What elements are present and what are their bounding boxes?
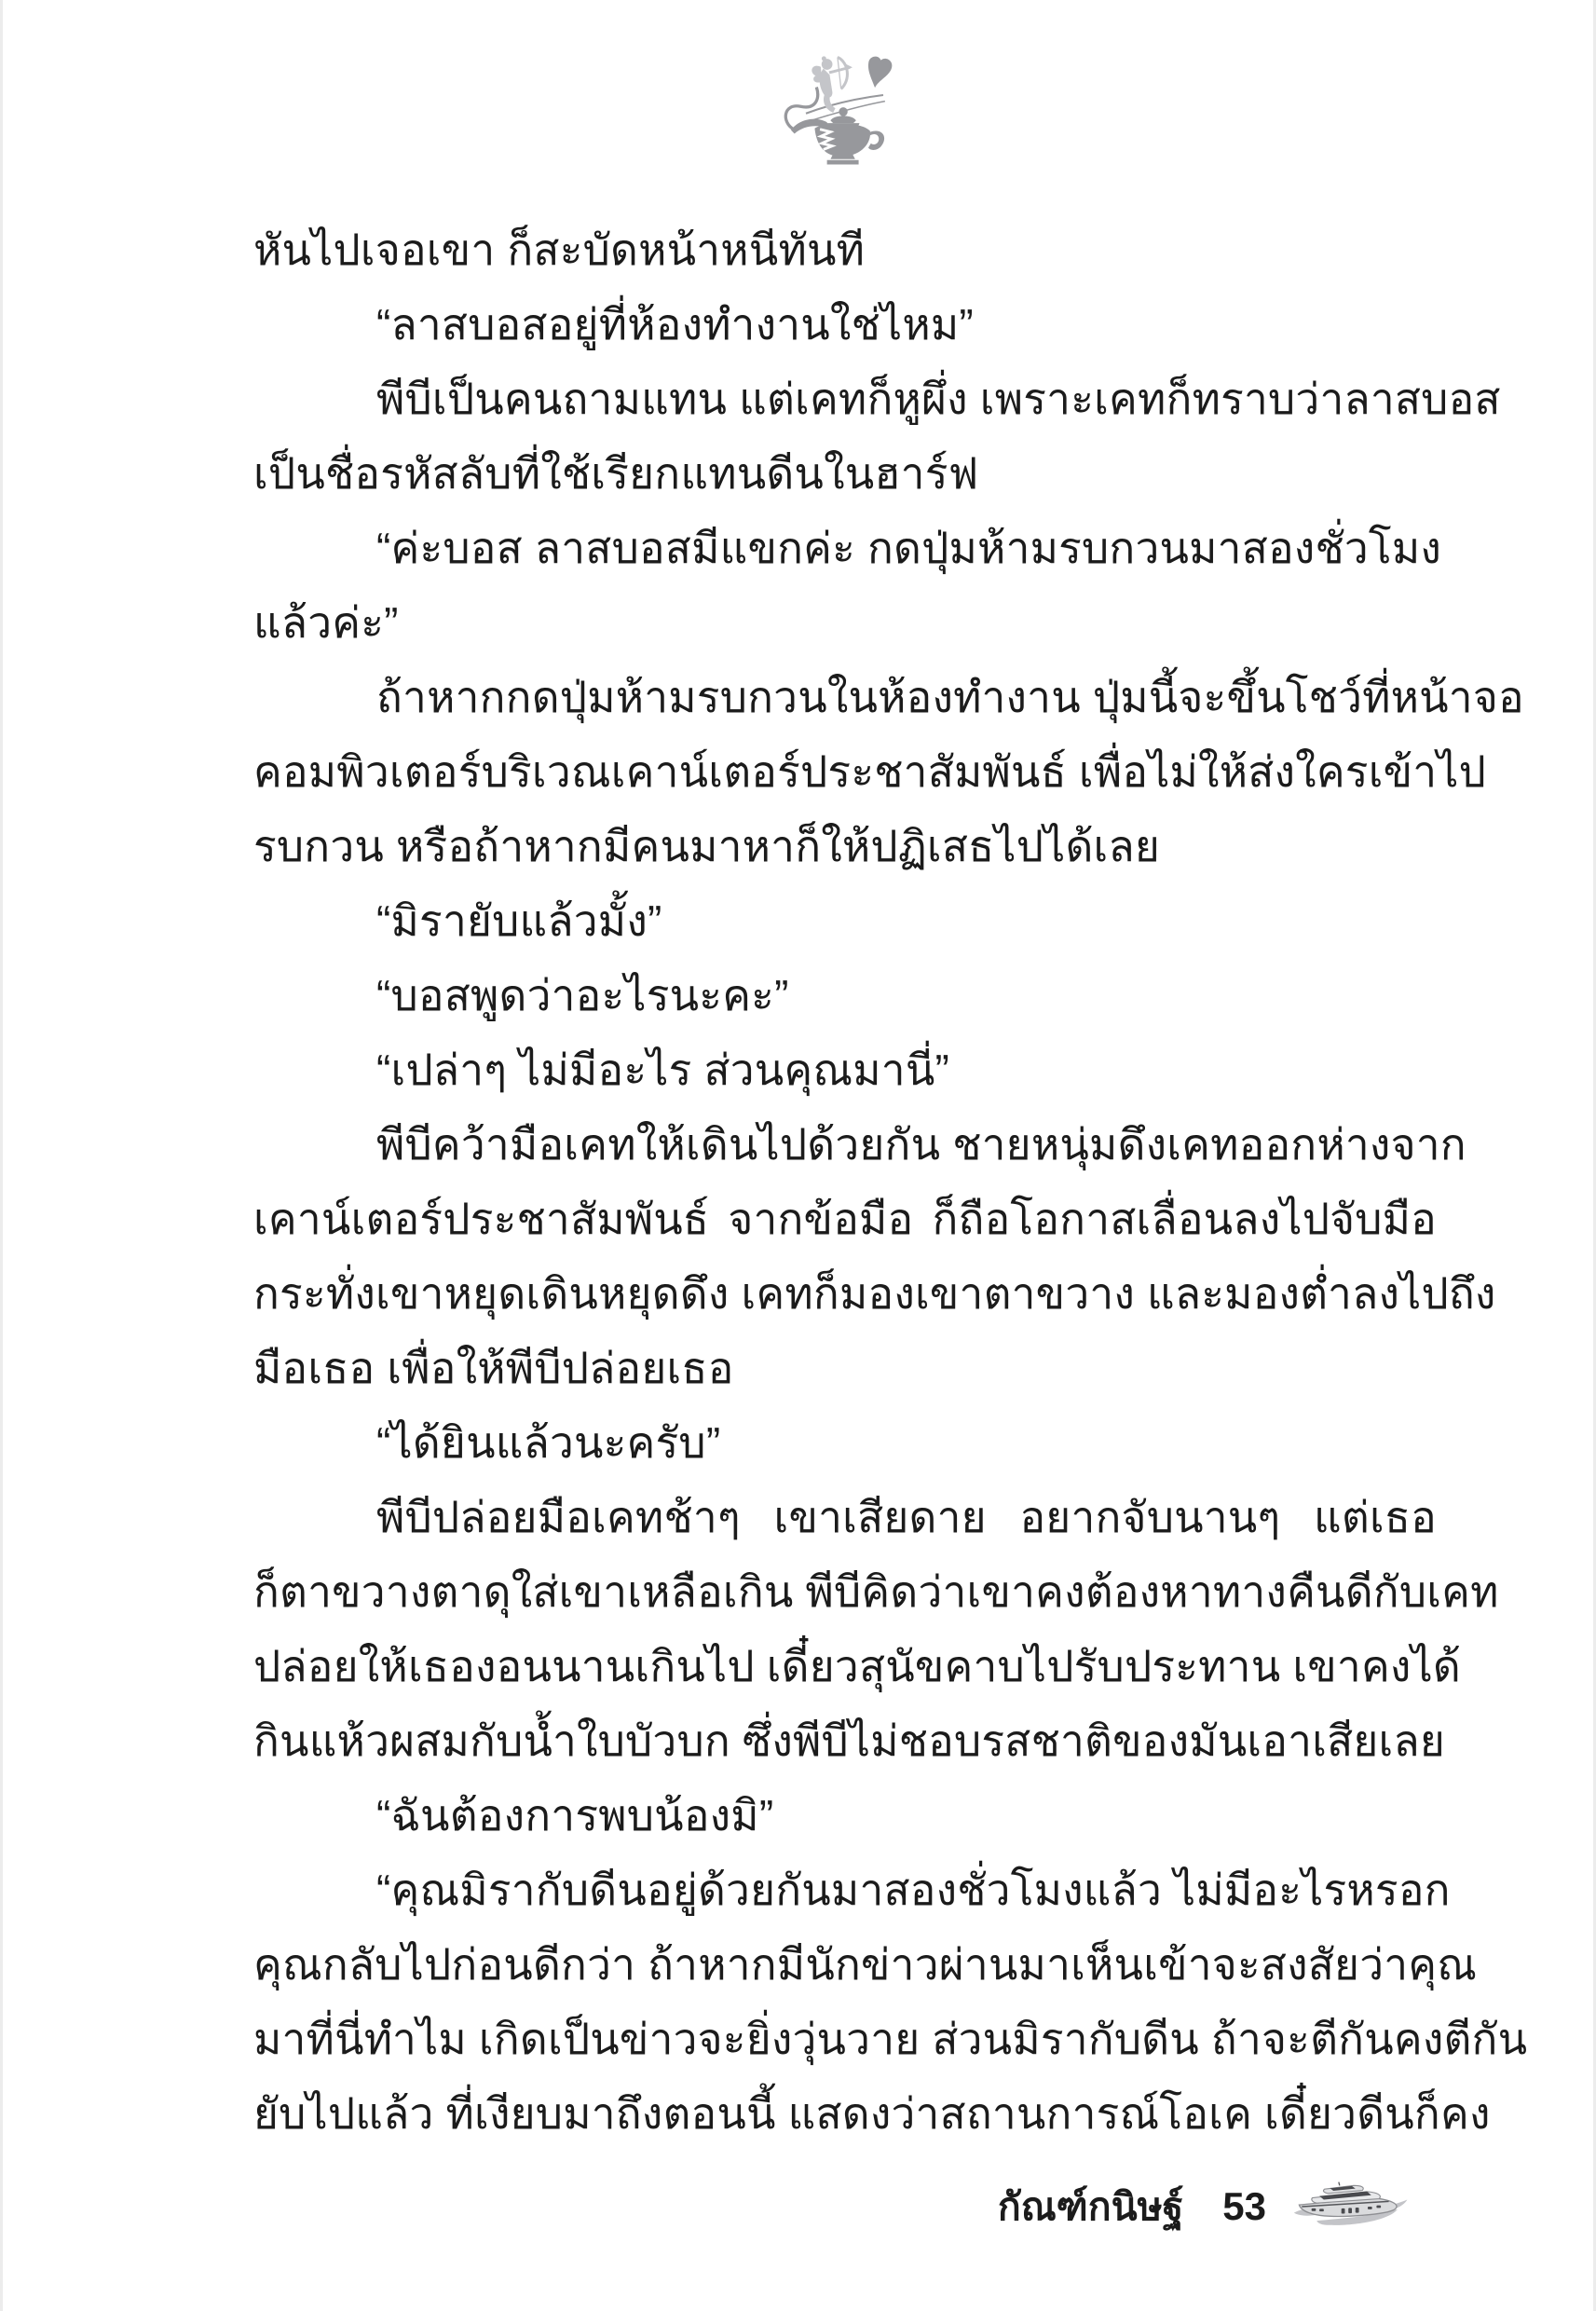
text-line: “ได้ยินแล้วนะครับ” xyxy=(253,1405,1437,1480)
page-text: หันไปเจอเขา ก็สะบัดหน้าหนีทันที “ลาสบอสอ… xyxy=(253,212,1437,2151)
text-line: หันไปเจอเขา ก็สะบัดหน้าหนีทันที xyxy=(253,212,1437,287)
text-line: “ลาสบอสอยู่ที่ห้องทำงานใช่ไหม” xyxy=(253,287,1437,362)
cupid-lamp-ornament xyxy=(779,48,894,171)
text-line: คุณกลับไปก่อนดีกว่า ถ้าหากมีนักข่าวผ่านม… xyxy=(253,1927,1437,2002)
heart-icon xyxy=(863,55,893,90)
text-line: กระทั่งเขาหยุดเดินหยุดดึง เคทก็มองเขาตาข… xyxy=(253,1256,1437,1331)
text-line: “ค่ะบอส ลาสบอสมีแขกค่ะ กดปุ่มห้ามรบกวนมา… xyxy=(253,511,1437,585)
text-line: คอมพิวเตอร์บริเวณเคาน์เตอร์ประชาสัมพันธ์… xyxy=(253,734,1437,809)
text-line: พีบีปล่อยมือเคทช้าๆ เขาเสียดาย อยากจับนา… xyxy=(253,1480,1437,1554)
text-line: ยับไปแล้ว ที่เงียบมาถึงตอนนี้ แสดงว่าสถา… xyxy=(253,2076,1437,2151)
yacht-icon xyxy=(1290,2178,1413,2236)
text-line: ถ้าหากกดปุ่มห้ามรบกวนในห้องทำงาน ปุ่มนี้… xyxy=(253,660,1437,734)
book-page: หันไปเจอเขา ก็สะบัดหน้าหนีทันที “ลาสบอสอ… xyxy=(0,0,1596,2311)
text-line: “มิรายับแล้วมั้ง” xyxy=(253,883,1437,958)
text-line: ปล่อยให้เธองอนนานเกินไป เดี๋ยวสุนัขคาบไป… xyxy=(253,1629,1437,1703)
text-line: เคาน์เตอร์ประชาสัมพันธ์ จากข้อมือ ก็ถือโ… xyxy=(253,1182,1437,1256)
text-line: มือเธอ เพื่อให้พีบีปล่อยเธอ xyxy=(253,1331,1437,1405)
text-line: แล้วค่ะ” xyxy=(253,585,1437,660)
text-line: “คุณมิรากับดีนอยู่ด้วยกันมาสองชั่วโมงแล้… xyxy=(253,1853,1437,1927)
cupid-lamp-icon xyxy=(779,48,894,171)
text-line: กินแห้วผสมกับน้ำใบบัวบก ซึ่งพีบีไม่ชอบรส… xyxy=(253,1703,1437,1778)
book-title: กัณฑ์กนิษฐ์ xyxy=(998,2177,1183,2236)
text-line: “เปล่าๆ ไม่มีอะไร ส่วนคุณมานี่” xyxy=(253,1032,1437,1107)
text-line: พีบีคว้ามือเคทให้เดินไปด้วยกัน ชายหนุ่มด… xyxy=(253,1107,1437,1182)
page-footer: กัณฑ์กนิษฐ์ 53 xyxy=(998,2177,1413,2236)
text-line: รบกวน หรือถ้าหากมีคนมาหาก็ให้ปฏิเสธไปได้… xyxy=(253,809,1437,883)
text-line: “บอสพูดว่าอะไรนะคะ” xyxy=(253,958,1437,1032)
lamp-icon xyxy=(791,107,884,164)
text-line: เป็นชื่อรหัสลับที่ใช้เรียกแทนดีนในฮาร์ฟ xyxy=(253,436,1437,511)
text-line: ก็ตาขวางตาดุใส่เขาเหลือเกิน พีบีคิดว่าเข… xyxy=(253,1554,1437,1629)
text-line: “ฉันต้องการพบน้องมิ” xyxy=(253,1778,1437,1853)
page-number: 53 xyxy=(1222,2177,1266,2236)
text-line: มาที่นี่ทำไม เกิดเป็นข่าวจะยิ่งวุ่นวาย ส… xyxy=(253,2002,1437,2076)
text-line: พีบีเป็นคนถามแทน แต่เคทก็หูผึ่ง เพราะเคท… xyxy=(253,362,1437,436)
